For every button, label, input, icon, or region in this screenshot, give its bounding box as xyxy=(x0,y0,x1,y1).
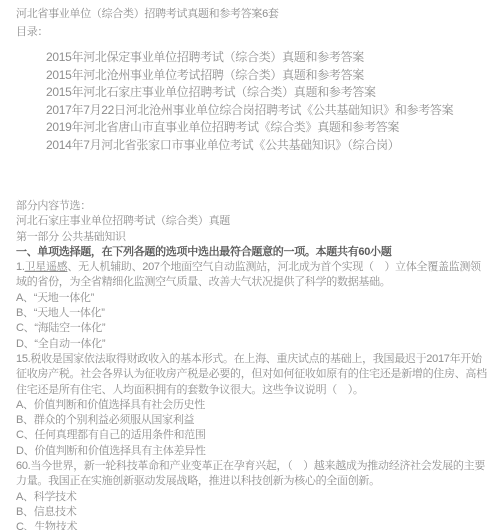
question-number: 1. xyxy=(16,261,25,273)
excerpt-label: 部分内容节选： xyxy=(16,199,488,214)
excerpt-source: 河北石家庄事业单位招聘考试（综合类）真题 xyxy=(16,214,488,229)
question-number: 60. xyxy=(16,460,30,472)
option: C、任何真理都有自己的适用条件和范围 xyxy=(16,428,488,443)
option: A、价值判断和价值选择具有社会历史性 xyxy=(16,398,488,413)
question-body: 税收是国家依法取得财政收入的基本形式。在上海、重庆试点的基础上，我国最迟于201… xyxy=(16,353,487,396)
excerpt-section: 部分内容节选： 河北石家庄事业单位招聘考试（综合类）真题 第一部分 公共基础知识… xyxy=(16,199,488,530)
option: B、信息技术 xyxy=(16,505,488,520)
question-text: 60.当今世界，新一轮科技革命和产业变革正在孕育兴起，（ ）越来越成为推动经济社… xyxy=(16,459,488,490)
toc-item: 2015年河北沧州事业单位考试招聘（综合类）真题和参考答案 xyxy=(16,67,488,85)
question-body: 、无人机辅助、207个地面空气自动监测站，河北成为首个实现（ ）立体全覆盖监测领… xyxy=(16,261,481,288)
section-heading: 一、单项选择题，在下列各题的选项中选出最符合题意的一项。本题共有60小题 xyxy=(16,245,488,260)
toc-item: 2014年7月河北省张家口市事业单位考试《公共基础知识》（综合岗） xyxy=(16,137,488,155)
toc-item: 2019年河北省唐山市直事业单位招聘考试《综合类》真题和参考答案 xyxy=(16,119,488,137)
question-number: 15. xyxy=(16,353,30,365)
option: A、科学技术 xyxy=(16,490,488,505)
option: A、“天地一体化” xyxy=(16,291,488,306)
document-header: 河北省事业单位（综合类）招聘考试真题和参考答案6套 目录： 2015年河北保定事… xyxy=(16,6,488,154)
question-text: 1.卫星遥感、无人机辅助、207个地面空气自动监测站，河北成为首个实现（ ）立体… xyxy=(16,260,488,291)
page-title: 河北省事业单位（综合类）招聘考试真题和参考答案6套 xyxy=(16,6,488,24)
option: C、“海陆空一体化” xyxy=(16,321,488,336)
toc-item: 2015年河北石家庄事业单位招聘考试（综合类）真题和参考答案 xyxy=(16,84,488,102)
underlined-term: 卫星遥感 xyxy=(25,261,68,273)
toc-item: 2017年7月22日河北沧州事业单位综合岗招聘考试《公共基础知识》和参考答案 xyxy=(16,102,488,120)
question-text: 15.税收是国家依法取得财政收入的基本形式。在上海、重庆试点的基础上，我国最迟于… xyxy=(16,352,488,398)
option: C、生物技术 xyxy=(16,520,488,530)
option: D、“全自动一体化” xyxy=(16,337,488,352)
toc-list: 2015年河北保定事业单位招聘考试（综合类）真题和参考答案 2015年河北沧州事… xyxy=(16,49,488,154)
option: D、价值判断和价值选择具有主体差异性 xyxy=(16,444,488,459)
option: B、“天地人一体化” xyxy=(16,306,488,321)
document-page: 河北省事业单位（综合类）招聘考试真题和参考答案6套 目录： 2015年河北保定事… xyxy=(0,0,500,530)
toc-item: 2015年河北保定事业单位招聘考试（综合类）真题和参考答案 xyxy=(16,49,488,67)
toc-label: 目录： xyxy=(16,24,488,42)
excerpt-part: 第一部分 公共基础知识 xyxy=(16,230,488,245)
question-body: 当今世界，新一轮科技革命和产业变革正在孕育兴起，（ ）越来越成为推动经济社会发展… xyxy=(16,460,485,487)
option: B、群众的个别利益必须服从国家利益 xyxy=(16,413,488,428)
